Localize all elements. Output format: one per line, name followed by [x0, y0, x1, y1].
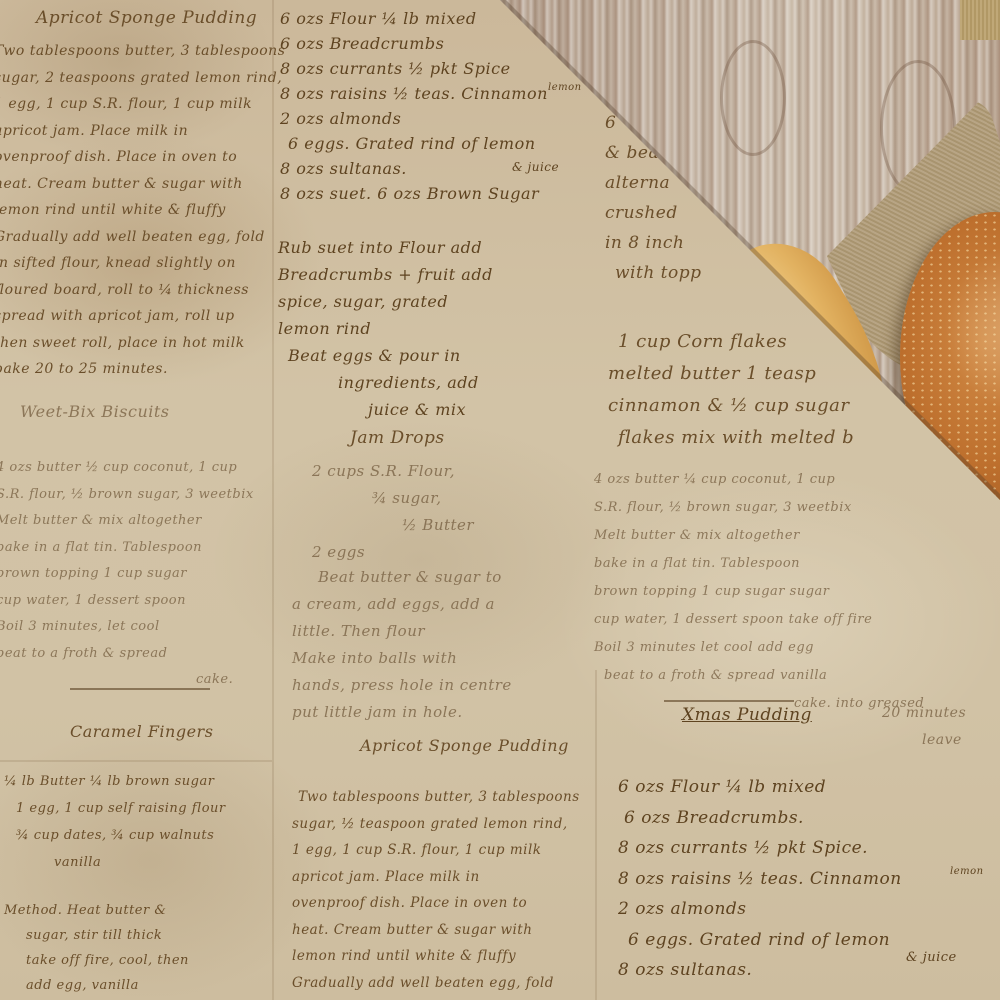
text-line: 8 ozs sultanas. [618, 955, 902, 986]
text-line: ovenproof dish. Place in oven to [292, 890, 580, 917]
divider-rule [664, 700, 794, 702]
recipe-apricot-body-2: Two tablespoons butter, 3 tablespoons su… [292, 784, 580, 996]
xmas-pudding-ingredients-bottom: 6 ozs Flour ¼ lb mixed 6 ozs Breadcrumbs… [618, 772, 902, 986]
jam-drops-ingredients: 2 cups S.R. Flour, ¾ sugar, ½ Butter 2 e… [312, 458, 474, 566]
text-line: in 8 inch [605, 228, 702, 258]
text-line: 1 egg, 1 cup S.R. flour, 1 cup milk [292, 837, 580, 864]
text-line: heat. Cream butter & sugar with [292, 917, 580, 944]
superscript-note: & juice [906, 950, 957, 965]
text-line: 4 ozs butter ¼ cup coconut, 1 cup [594, 466, 924, 494]
superscript-note: lemon [950, 866, 984, 877]
text-line: Gradually add well beaten egg, fold [0, 224, 285, 251]
text-line: 8 ozs currants ½ pkt Spice [280, 56, 548, 81]
text-line: brown topping 1 cup sugar sugar [594, 578, 924, 606]
recipe-caramel-method: Method. Heat butter & sugar, stir till t… [4, 898, 189, 998]
recipe-weetbix-body-2: 4 ozs butter ¼ cup coconut, 1 cup S.R. f… [594, 466, 924, 718]
text-line: with topp [605, 258, 702, 288]
text-line: Two tablespoons butter, 3 tablespoons [0, 38, 285, 65]
text-line: S.R. flour, ½ brown sugar, 3 weetbix [0, 482, 254, 509]
text-line: 2 cups S.R. Flour, [312, 458, 474, 485]
text-line: lemon rind [278, 315, 493, 342]
text-line: 6 ozs Flour ¼ lb mixed [618, 772, 902, 803]
text-line: ¾ sugar, [312, 485, 474, 512]
recipe-title-xmas-pudding: Xmas Pudding [682, 705, 812, 725]
recipe-title-apricot: Apricot Sponge Pudding [36, 8, 257, 28]
text-line: Rub suet into Flour add [278, 234, 493, 261]
text-line: Boil 3 minutes, let cool [0, 614, 254, 641]
text-line: lemon rind until white & fluffy [292, 943, 580, 970]
text-line: ovenproof dish. Place in oven to [0, 144, 285, 171]
recipe-title-caramel: Caramel Fingers [70, 722, 213, 741]
text-line: 8 ozs raisins ½ teas. Cinnamon [280, 81, 548, 106]
wood-knot [720, 40, 786, 156]
text-line: 8 ozs raisins ½ teas. Cinnamon [618, 864, 902, 895]
text-line: take off fire, cool, then [4, 948, 189, 973]
text-line: Melt butter & mix altogether [0, 508, 254, 535]
text-line: 6 eggs. Grated rind of lemon [280, 131, 548, 156]
side-note: leave [922, 732, 962, 748]
recipe-title-jam-drops: Jam Drops [350, 428, 445, 448]
text-line: Method. Heat butter & [4, 898, 189, 923]
text-line: lemon rind until white & fluffy [0, 197, 285, 224]
text-line: 6 ozs Flour ¼ lb mixed [280, 6, 548, 31]
recipe-title-weetbix: Weet-Bix Biscuits [20, 402, 170, 421]
text-line: Breadcrumbs + fruit add [278, 261, 493, 288]
text-line: crushed [605, 198, 702, 228]
text-line: ¾ cup dates, ¾ cup walnuts [4, 822, 226, 849]
text-line: S.R. flour, ½ brown sugar, 3 weetbix [594, 494, 924, 522]
text-line: bake 20 to 25 minutes. [0, 356, 285, 383]
scrapbook-paper: Apricot Sponge Pudding Two tablespoons b… [0, 0, 1000, 1000]
divider-rule [70, 688, 210, 690]
recipe-weetbix-body: 4 ozs butter ½ cup coconut, 1 cup S.R. f… [0, 455, 254, 694]
xmas-pudding-ingredients-top: 6 ozs Flour ¼ lb mixed 6 ozs Breadcrumbs… [280, 6, 548, 206]
text-line: ingredients, add [278, 369, 493, 396]
text-line: heat. Cream butter & sugar with [0, 171, 285, 198]
text-line: sugar, 2 teaspoons grated lemon rind, [0, 65, 285, 92]
text-line: 8 ozs sultanas. [280, 156, 548, 181]
text-line: apricot jam. Place milk in [0, 118, 285, 145]
text-line: a cream, add eggs, add a [292, 591, 512, 618]
text-line: beat to a froth & spread vanilla [594, 662, 924, 690]
text-line: Beat butter & sugar to [292, 564, 512, 591]
text-line: 1 egg, 1 cup S.R. flour, 1 cup milk [0, 91, 285, 118]
text-line: cinnamon & ½ cup sugar [608, 390, 854, 422]
text-line: Boil 3 minutes let cool add egg [594, 634, 924, 662]
text-line: ½ Butter [312, 512, 474, 539]
text-line: 2 eggs [312, 539, 474, 566]
text-line: juice & mix [278, 396, 493, 423]
text-line: melted butter 1 teasp [608, 358, 854, 390]
text-line: put little jam in hole. [292, 699, 512, 726]
column-divider [595, 670, 597, 1000]
text-line: vanilla [4, 849, 226, 876]
text-line: sugar, ½ teaspoon grated lemon rind, [292, 811, 580, 838]
text-line: 6 eggs. Grated rind of lemon [618, 925, 902, 956]
xmas-pudding-method: Rub suet into Flour add Breadcrumbs + fr… [278, 234, 493, 423]
text-line: 8 ozs currants ½ pkt Spice. [618, 833, 902, 864]
text-line: cup water, 1 dessert spoon take off fire [594, 606, 924, 634]
text-line: beat to a froth & spread [0, 641, 254, 668]
recipe-caramel-ingredients: ¼ lb Butter ¼ lb brown sugar 1 egg, 1 cu… [4, 768, 226, 876]
text-line: Beat eggs & pour in [278, 342, 493, 369]
text-line: 1 cup Corn flakes [608, 326, 854, 358]
text-line: floured board, roll to ¼ thickness [0, 277, 285, 304]
text-line: Make into balls with [292, 645, 512, 672]
text-line: 2 ozs almonds [618, 894, 902, 925]
text-line: 8 ozs suet. 6 ozs Brown Sugar [280, 181, 548, 206]
text-line: spice, sugar, grated [278, 288, 493, 315]
text-line: Gradually add well beaten egg, fold [292, 970, 580, 997]
text-line: bake in a flat tin. Tablespoon [0, 535, 254, 562]
jam-drops-method: Beat butter & sugar to a cream, add eggs… [292, 564, 512, 726]
text-line: 6 ozs Breadcrumbs. [618, 803, 902, 834]
recipe-title-apricot-2: Apricot Sponge Pudding [360, 736, 569, 755]
text-line: little. Then flour [292, 618, 512, 645]
text-line: add egg, vanilla [4, 973, 189, 998]
text-line: sugar, stir till thick [4, 923, 189, 948]
text-line: brown topping 1 cup sugar [0, 561, 254, 588]
side-note: 20 minutes [882, 705, 966, 721]
text-line: Melt butter & mix altogether [594, 522, 924, 550]
cornflake-recipe: 1 cup Corn flakes melted butter 1 teasp … [608, 326, 854, 454]
superscript-note: lemon [548, 82, 582, 93]
text-line: Two tablespoons butter, 3 tablespoons [292, 784, 580, 811]
text-line: hands, press hole in centre [292, 672, 512, 699]
text-line: 6 ozs Breadcrumbs [280, 31, 548, 56]
text-line: flakes mix with melted b [608, 422, 854, 454]
text-line: spread with apricot jam, roll up [0, 303, 285, 330]
text-line: cake. [0, 667, 254, 694]
text-line: bake in a flat tin. Tablespoon [594, 550, 924, 578]
text-line: 2 ozs almonds [280, 106, 548, 131]
burlap-cloth [960, 0, 1000, 40]
text-line: then sweet roll, place in hot milk [0, 330, 285, 357]
recipe-apricot-body: Two tablespoons butter, 3 tablespoons su… [0, 38, 285, 383]
text-line: apricot jam. Place milk in [292, 864, 580, 891]
superscript-note: & juice [512, 160, 559, 174]
text-line: 4 ozs butter ½ cup coconut, 1 cup [0, 455, 254, 482]
text-line: ¼ lb Butter ¼ lb brown sugar [4, 768, 226, 795]
text-line: in sifted flour, knead slightly on [0, 250, 285, 277]
row-divider [0, 760, 272, 762]
text-line: 1 egg, 1 cup self raising flour [4, 795, 226, 822]
text-line: cup water, 1 dessert spoon [0, 588, 254, 615]
